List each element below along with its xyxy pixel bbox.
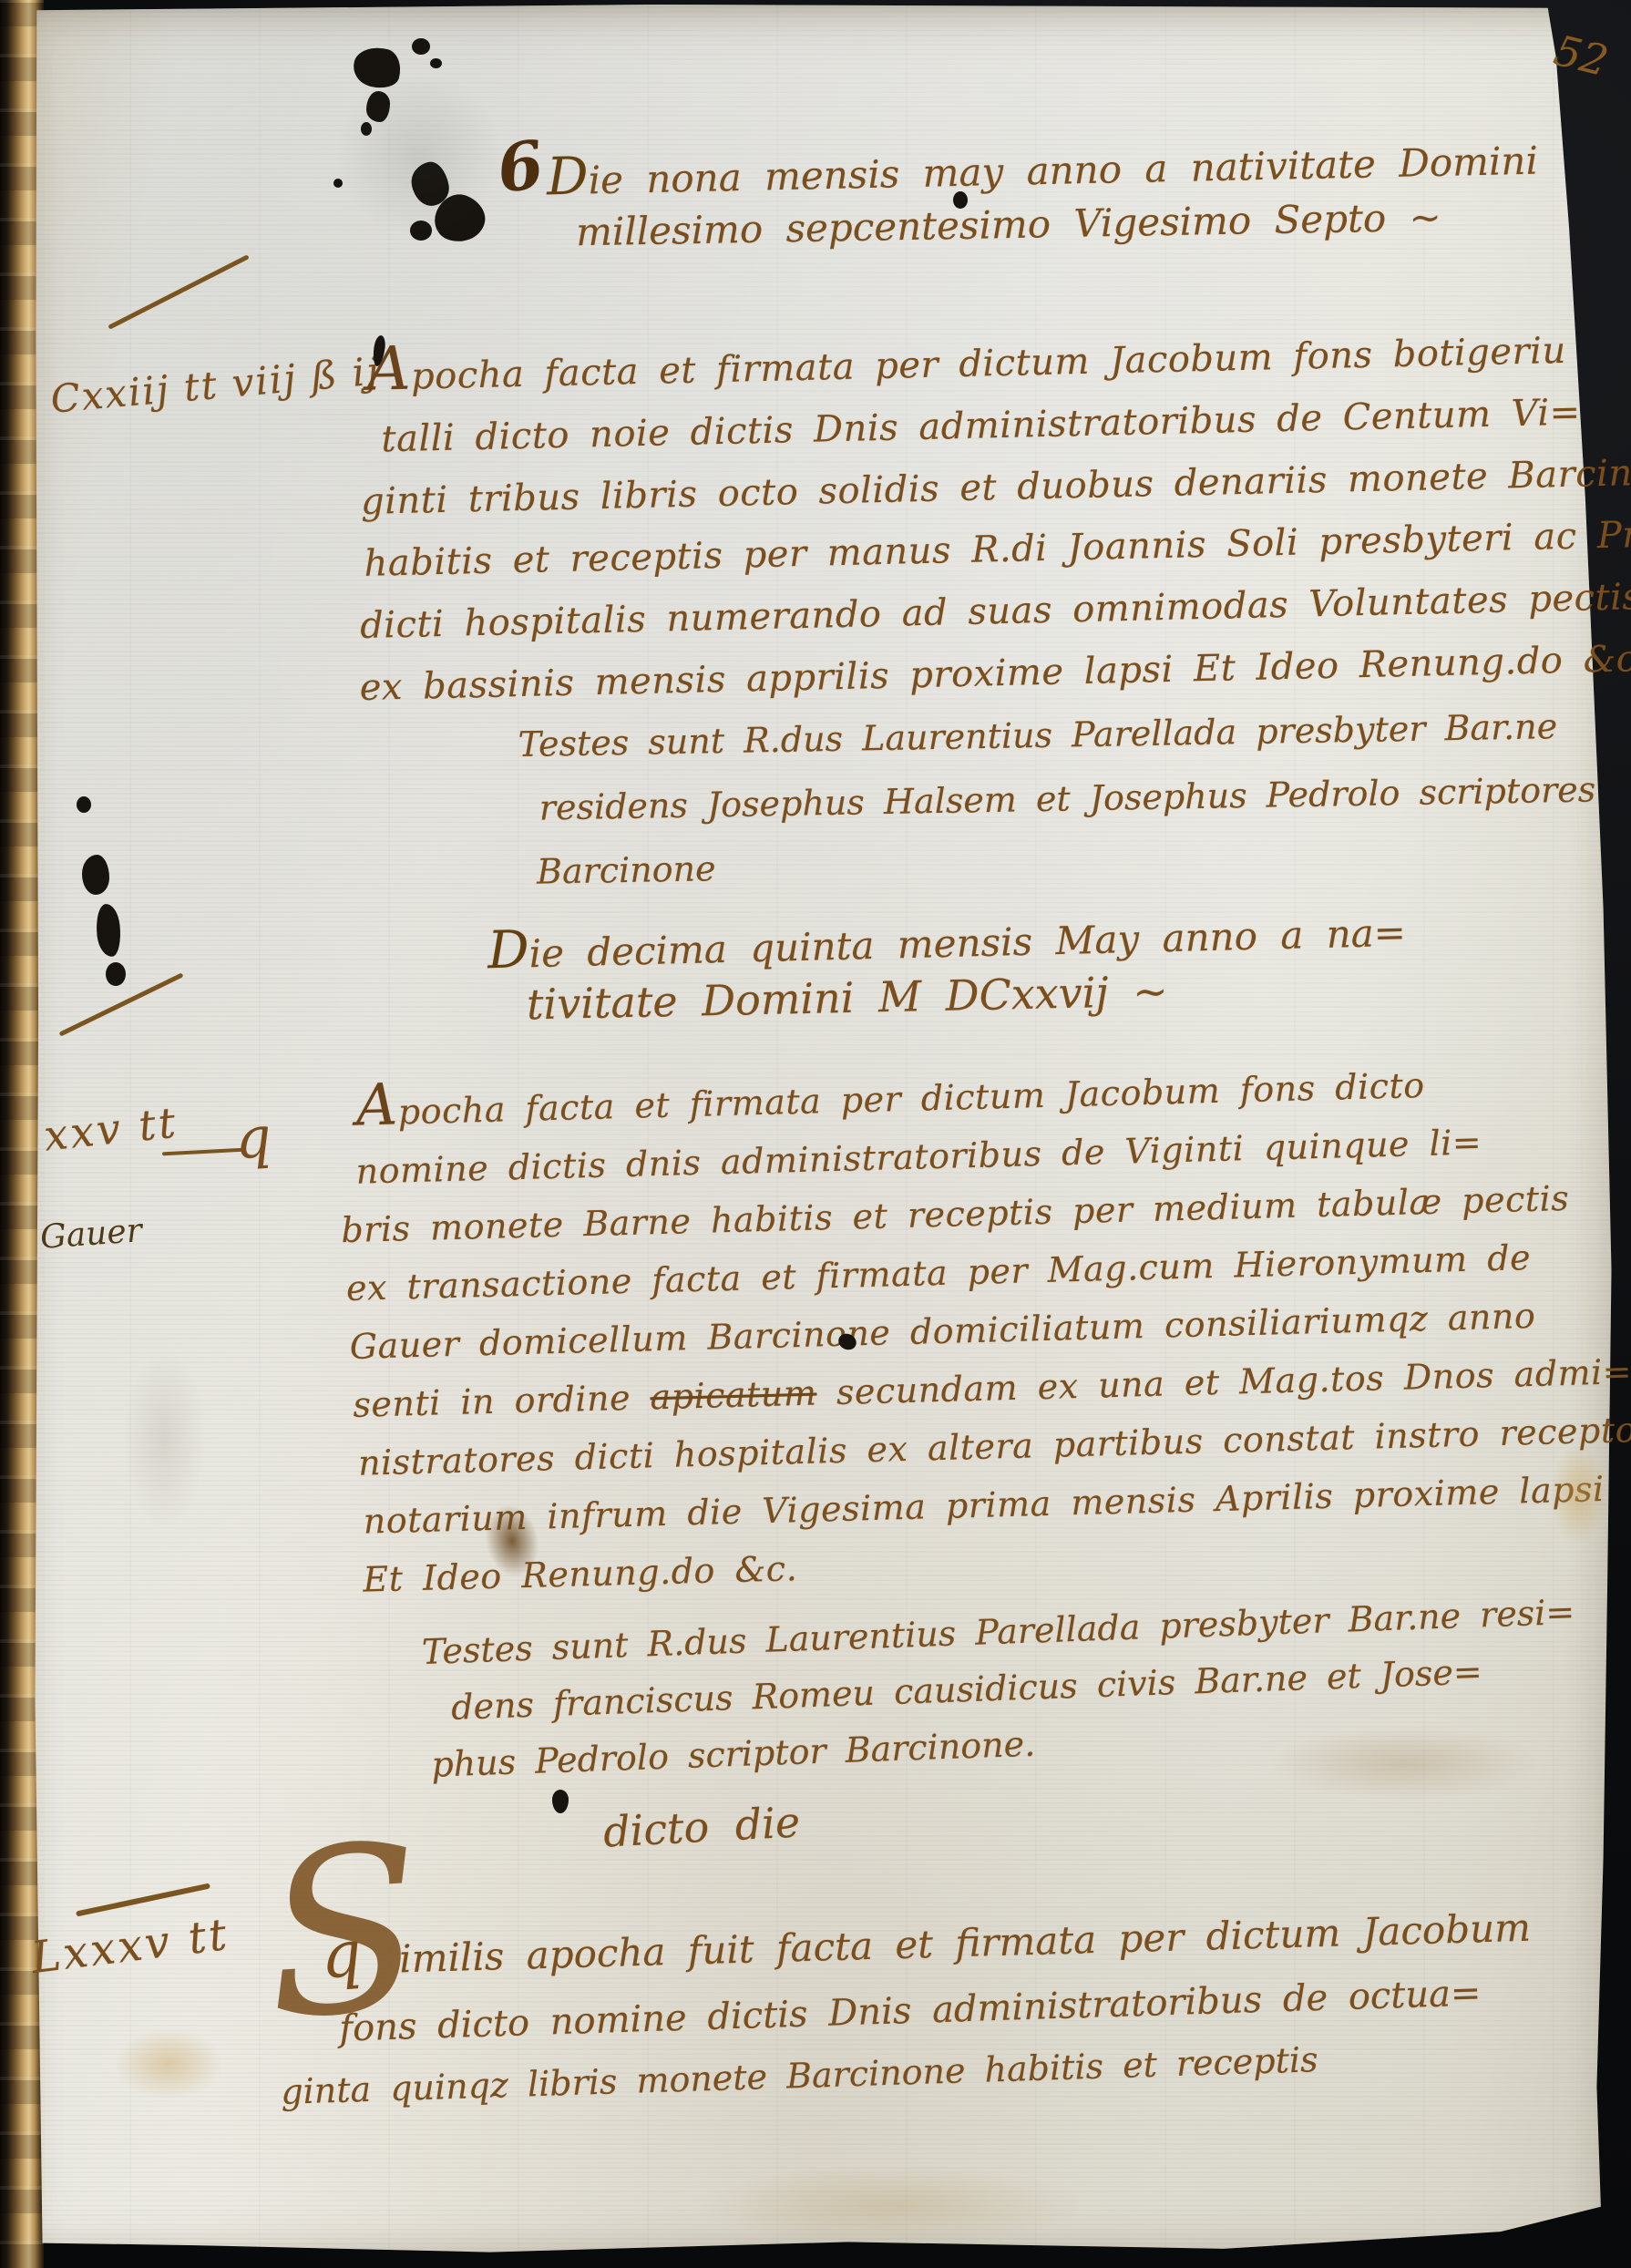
ink-blot — [82, 855, 109, 895]
ink-blot — [333, 179, 343, 188]
entry1-body: Apocha facta et firmata per dictum Jacob… — [357, 308, 1631, 719]
struck-out-word: apicatum — [650, 1373, 817, 1418]
folio-number: 52 — [1549, 26, 1613, 87]
ink-blot — [366, 91, 390, 122]
ink-blot — [412, 38, 430, 55]
ink-blot — [106, 962, 126, 986]
margin-note-name: Gauer — [39, 1212, 144, 1257]
manuscript-scan: 52 6 Die nona mensis may anno a nativita… — [0, 0, 1631, 2268]
ink-blot — [430, 58, 442, 68]
ink-blot — [361, 122, 372, 136]
ink-blot — [410, 221, 432, 241]
ink-blot — [77, 796, 91, 813]
entry2-body-text: senti in ordine — [353, 1377, 651, 1425]
margin-flourish: q — [233, 1103, 274, 1173]
ink-blot — [953, 191, 968, 209]
entry2-body: Apocha facta et firmata per dictum Jacob… — [344, 1041, 1631, 1609]
entry1-witnesses: Testes sunt R.dus Laurentius Parellada p… — [518, 693, 1597, 904]
entry3-heading: dicto die — [602, 1797, 802, 1856]
